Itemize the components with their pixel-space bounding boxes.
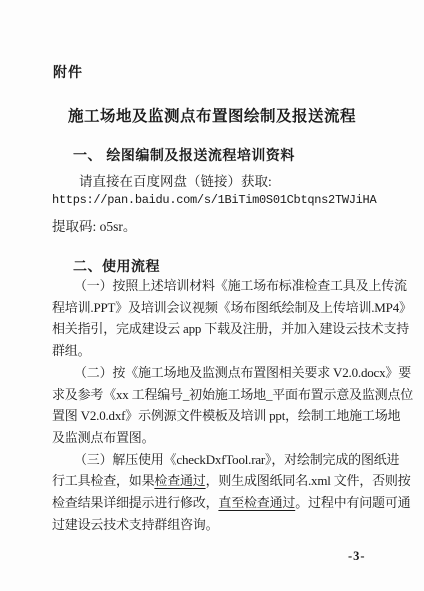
paragraph-line: （二）按《施工场地及监测点布置图相关要求 V2.0.docx》要 — [52, 362, 380, 384]
paragraph-line: 行工具检查，如果检查通过，则生成图纸同名.xml 文件，否则按 — [52, 470, 380, 492]
paragraph-line: 程培训.PPT》及培训会议视频《场布图纸绘制及上传培训.MP4》 — [52, 297, 380, 319]
paragraph-line: 求及参考《xx 工程编号_初始施工场地_平面布置示意及监测点位 — [52, 384, 380, 406]
paragraph-line: 及监测点布置图。 — [52, 427, 380, 449]
section2-paragraphs: （一）按照上述培训材料《施工场布标准检查工具及上传流程培训.PPT》及培训会议视… — [52, 275, 380, 535]
paragraph-line: （一）按照上述培训材料《施工场布标准检查工具及上传流 — [52, 275, 380, 297]
paragraph-line: 相关指引，完成建设云 app 下载及注册，并加入建设云技术支持 — [52, 318, 380, 340]
page-number: -3- — [348, 549, 366, 564]
extraction-code-text: 提取码: o5sr。 — [52, 215, 136, 235]
netdisk-intro-text: 请直接在百度网盘（链接）获取: — [79, 170, 272, 190]
paragraph-line: 检查结果详细提示进行修改，直至检查通过。过程中有问题可通 — [52, 492, 380, 514]
section-two-heading: 二、使用流程 — [73, 256, 160, 276]
document-title: 施工场地及监测点布置图绘制及报送流程 — [0, 104, 424, 126]
attachment-label: 附件 — [53, 62, 83, 82]
paragraph-line: 置图 V2.0.dxf》示例源文件模板及培训 ppt，绘制工地施工场地 — [52, 405, 380, 427]
document-page: 附件 施工场地及监测点布置图绘制及报送流程 一、 绘图编制及报送流程培训资料 请… — [0, 0, 424, 591]
paragraph-line: 过建设云技术支持群组咨询。 — [52, 514, 380, 536]
section-one-heading: 一、 绘图编制及报送流程培训资料 — [73, 145, 295, 165]
netdisk-link-url: https://pan.baidu.com/s/1BiTim0S01Cbtqns… — [52, 193, 376, 207]
paragraph-line: （三）解压使用《checkDxfTool.rar》，对绘制完成的图纸进 — [52, 449, 380, 471]
paragraph-line: 群组。 — [52, 340, 380, 362]
